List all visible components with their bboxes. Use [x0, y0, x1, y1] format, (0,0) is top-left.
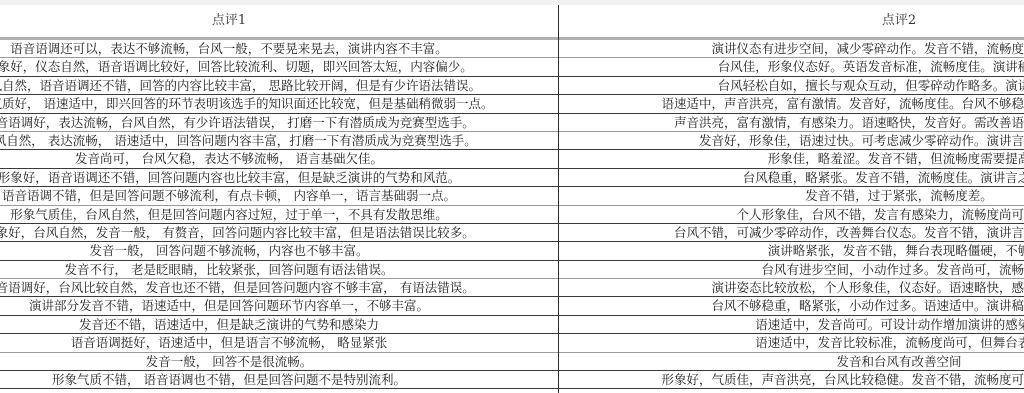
review-1-cell[interactable]: 发音尚可， 台风欠稳，表达不够流畅， 语言基础欠佳。 [0, 150, 558, 167]
review-2-cell[interactable]: 声音洪亮，富有激情，有感染力。语速略快，发音好。需改善语法。演讲言之有物 [559, 114, 1024, 131]
review-2-cell[interactable]: 形象佳，略羞涩。发音不错，但流畅度需要提高 [559, 150, 1024, 167]
table-row: 形象好，语音语调还不错，回答问题内容也比较丰富，但是缺乏演讲的气势和风范。台风稳… [0, 169, 1024, 187]
table-row: 形象好，仪态自然，语音语调比较好，回答比较流利、切题，即兴回答太短，内容偏少。台… [0, 58, 1024, 76]
review-2-cell[interactable]: 语速适中，发音尚可。可设计动作增加演讲的感染力 [559, 316, 1024, 333]
review-2-cell[interactable]: 发音和台风有改善空间 [559, 353, 1024, 370]
review-1-cell[interactable]: 形象气质佳，台风自然，但是回答问题内容过短，过于单一，不具有发散思维。 [0, 206, 558, 223]
review-1-cell[interactable]: 台风自然， 表达流畅， 语速适中，回答问题内容丰富，打磨一下有潜质成为竞赛型选手… [0, 132, 558, 149]
review-1-cell[interactable]: 台风自然，语音语调还不错，回答的内容比较丰富， 思路比较开阔，但是有少许语法错误… [0, 77, 558, 94]
review-2-cell[interactable]: 发音不错，过于紧张，流畅度差。 [559, 187, 1024, 204]
table-row: 发音还不错，语速适中，但是缺乏演讲的气势和感染力语速适中，发音尚可。可设计动作增… [0, 316, 1024, 334]
review-2-cell[interactable]: 语速适中，声音洪亮，富有激情。发音好，流畅度佳。台风不够稳重，需减少零碎动作 [559, 95, 1024, 112]
review-2-cell[interactable]: 个人形象佳，台风不错，发言有感染力，流畅度尚可。英语 [559, 206, 1024, 223]
table-row: 形象气质不错， 语音语调也不错，但是回答问题不是特别流利。形象好，气质佳，声音洪… [0, 371, 1024, 389]
table-header-row: 点评1 点评2 [0, 5, 1024, 40]
review-1-cell[interactable]: 形象好，仪态自然，语音语调比较好，回答比较流利、切题，即兴回答太短，内容偏少。 [0, 58, 558, 75]
review-2-cell[interactable]: 台风佳，形象仪态好。英语发音标准，流畅度佳。演讲稿言之有物 [559, 58, 1024, 75]
table-row: 发音尚可， 台风欠稳，表达不够流畅， 语言基础欠佳。形象佳，略羞涩。发音不错，但… [0, 150, 1024, 168]
table-row: 发音一般， 回答问题不够流畅，内容也不够丰富。演讲略紧张，发音不错，舞台表现略僵… [0, 242, 1024, 260]
review-2-cell[interactable]: 台风不错，可减少零碎动作，改善舞台仪态。发音不错，演讲言之有物，词汇丰富 [559, 224, 1024, 241]
review-2-cell[interactable]: 发音好，形象佳，语速过快。可考虑减少零碎动作。演讲言之有物，词汇 [559, 132, 1024, 149]
review-1-cell[interactable]: 发音还不错，语速适中，但是缺乏演讲的气势和感染力 [0, 316, 558, 333]
review-1-cell[interactable]: 语音语调不错，但是回答问题不够流利，有点卡顿， 内容单一，语言基础弱一点。 [0, 187, 558, 204]
review-2-cell[interactable]: 形象好，气质佳，声音洪亮，台风比较稳健。发音不错，流畅度可以。演讲稿词汇丰富 [559, 371, 1024, 388]
review-1-cell[interactable]: 形象好，台风自然，发音一般， 有赘音，回答问题内容比较丰富，但是语法错误比较多。 [0, 224, 558, 241]
review-2-cell[interactable]: 演讲姿态比较放松，个人形象佳，仪态好。语速略快，感情不够丰富 [559, 279, 1024, 296]
table-row: 语音语调还可以，表达不够流畅，台风一般，不要晃来晃去，演讲内容不丰富。演讲仪态有… [0, 40, 1024, 58]
review-2-cell[interactable]: 演讲仪态有进步空间，减少零碎动作。发音不错，流畅度欠佳。演讲 [559, 40, 1024, 57]
table-row: 台风自然， 表达流畅， 语速适中，回答问题内容丰富，打磨一下有潜质成为竞赛型选手… [0, 132, 1024, 150]
review-1-cell[interactable]: 语音语调好，表达流畅，台风自然，有少许语法错误， 打磨一下有潜质成为竞赛型选手。 [0, 114, 558, 131]
table-row: 语音语调好，台风比较自然，发音也还不错，但是回答问题内容不够丰富， 有语法错误。… [0, 279, 1024, 297]
review-1-cell[interactable]: 发音不行， 老是眨眼睛，比较紧张，回答问题有语法错误。 [0, 261, 558, 278]
review-1-cell[interactable]: 发音一般， 回答不是很流畅。 [0, 353, 558, 370]
table-row: 演讲部分发音不错，语速适中，但是回答问题环节内容单一，不够丰富。台风不够稳重，略… [0, 297, 1024, 315]
table-row: 发音不行， 老是眨眼睛，比较紧张，回答问题有语法错误。台风有进步空间，小动作过多… [0, 261, 1024, 279]
table-row: 语音语调挺好，语速适中，但是语言不够流畅， 略显紧张语速适中，发音比较标准，流畅… [0, 334, 1024, 352]
table-row: 台风自然，语音语调还不错，回答的内容比较丰富， 思路比较开阔，但是有少许语法错误… [0, 77, 1024, 95]
review-table: 点评1 点评2 语音语调还可以，表达不够流畅，台风一般，不要晃来晃去，演讲内容不… [0, 5, 1024, 393]
review-1-cell[interactable]: 形象气质不错， 语音语调也不错，但是回答问题不是特别流利。 [0, 371, 558, 388]
review-1-cell[interactable]: 语音语调挺好，语速适中，但是语言不够流畅， 略显紧张 [0, 334, 558, 351]
review-1-cell[interactable]: 发音一般， 回答问题不够流畅，内容也不够丰富。 [0, 242, 558, 259]
review-2-cell[interactable]: 台风稳重，略紧张。发音不错，流畅度佳。演讲言之有物 [559, 169, 1024, 186]
review-2-cell[interactable]: 语速适中，发音比较标准，流畅度尚可，但舞台表现 [559, 334, 1024, 351]
table-row: 形象气质佳，台风自然，但是回答问题内容过短，过于单一，不具有发散思维。个人形象佳… [0, 206, 1024, 224]
review-2-cell[interactable]: 演讲略紧张，发音不错，舞台表现略僵硬，不够 [559, 242, 1024, 259]
header-review-2[interactable]: 点评2 [559, 5, 1024, 37]
table-row: 形象好，台风自然，发音一般， 有赘音，回答问题内容比较丰富，但是语法错误比较多。… [0, 224, 1024, 242]
review-1-cell[interactable]: 语音语调还可以，表达不够流畅，台风一般，不要晃来晃去，演讲内容不丰富。 [0, 40, 558, 57]
review-2-cell[interactable]: 台风有进步空间，小动作过多。发音尚可，流畅度 [559, 261, 1024, 278]
review-1-cell[interactable]: 语音语调好，台风比较自然，发音也还不错，但是回答问题内容不够丰富， 有语法错误。 [0, 279, 558, 296]
table-row: 发音一般， 回答不是很流畅。发音和台风有改善空间 [0, 353, 1024, 371]
table-row: 语音语调不错，但是回答问题不够流利，有点卡顿， 内容单一，语言基础弱一点。发音不… [0, 187, 1024, 205]
review-1-cell[interactable]: 演讲部分发音不错，语速适中，但是回答问题环节内容单一，不够丰富。 [0, 297, 558, 314]
review-1-cell[interactable]: 形象气质好， 语速适中，即兴回答的环节表明该选手的知识面还比较宽，但是基础稍微弱… [0, 95, 558, 112]
table-body: 语音语调还可以，表达不够流畅，台风一般，不要晃来晃去，演讲内容不丰富。演讲仪态有… [0, 40, 1024, 389]
column-divider [558, 5, 559, 393]
header-review-1[interactable]: 点评1 [0, 5, 558, 37]
table-row: 语音语调好，表达流畅，台风自然，有少许语法错误， 打磨一下有潜质成为竞赛型选手。… [0, 114, 1024, 132]
review-1-cell[interactable]: 形象好，语音语调还不错，回答问题内容也比较丰富，但是缺乏演讲的气势和风范。 [0, 169, 558, 186]
review-2-cell[interactable]: 台风不够稳重，略紧张，小动作过多。语速适中。演讲稿需要进一步 [559, 297, 1024, 314]
review-2-cell[interactable]: 台风轻松自如，擅长与观众互动，但零碎动作略多。演讲言之有物 [559, 77, 1024, 94]
table-row: 形象气质好， 语速适中，即兴回答的环节表明该选手的知识面还比较宽，但是基础稍微弱… [0, 95, 1024, 113]
